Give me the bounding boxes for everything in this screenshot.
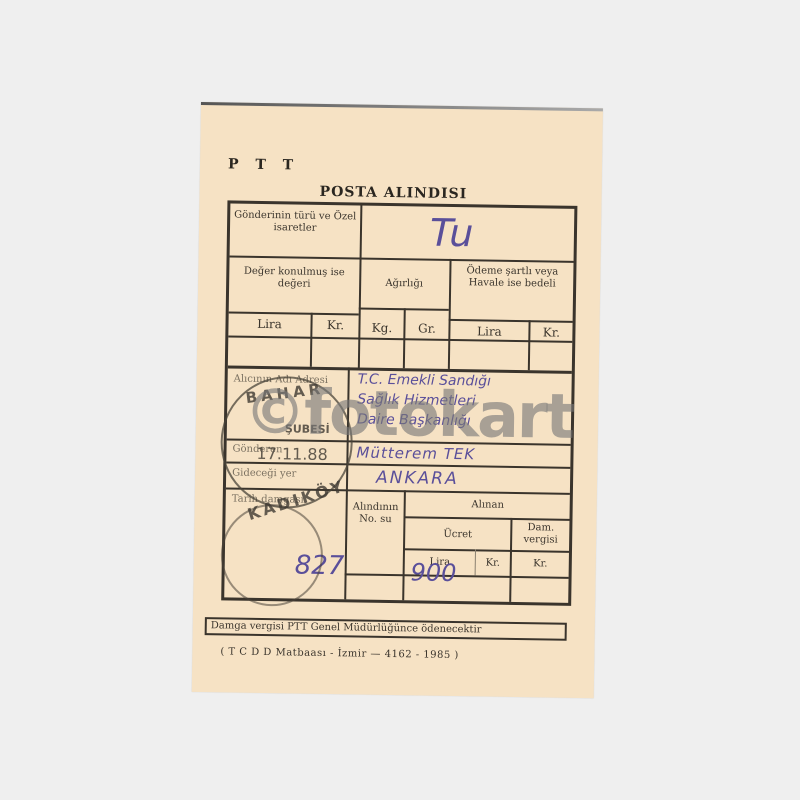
receipt-title: POSTA ALINDISI [319,184,467,202]
paper-edge [201,102,603,111]
stamp-tax-label: Dam. vergisi [512,522,569,547]
fee-amount: 900 [410,558,456,587]
signature: Tu [430,211,474,256]
divider [449,319,573,323]
weight-kg-label: Kg. [360,322,403,335]
stamp-tax-note: Damga vergisi PTT Genel Müdürlüğünce öde… [205,617,567,641]
divider [403,548,569,553]
postmark-circle-secondary [220,503,324,607]
value-lira-label: Lira [228,317,310,330]
postal-receipt: P T T POSTA ALINDISI Gönderinin türü ve … [192,102,603,698]
fee-label: Ücret [405,528,510,542]
ptt-header: P T T [228,156,299,173]
declared-value-label: Değer konulmuş ise değeri [229,265,359,291]
value-kurus-label: Kr. [312,319,358,332]
fee-kurus-label: Kr. [476,557,510,570]
receipt-no-label: Alındının No. su [347,501,403,526]
printer-imprint: ( T C D D Matbaası - İzmir — 4162 - 1985… [220,646,459,661]
weight-gr-label: Gr. [405,322,448,335]
destination-city: ANKARA [376,468,459,489]
tax-kurus-label: Kr. [512,558,569,571]
payment-kurus-label: Kr. [530,326,572,339]
weight-label: Ağırlığı [359,278,449,291]
payment-label: Ödeme şartlı veya Havale ise bedeli [451,265,573,291]
item-type-label: Gönderinin türü ve Özel isaretler [230,209,360,235]
divider [345,573,569,579]
received-label: Alınan [406,498,570,513]
divider [403,516,569,521]
watermark: ©fotokart [244,375,574,453]
divider [230,255,574,262]
payment-lira-label: Lira [450,325,528,338]
divider [229,311,359,315]
